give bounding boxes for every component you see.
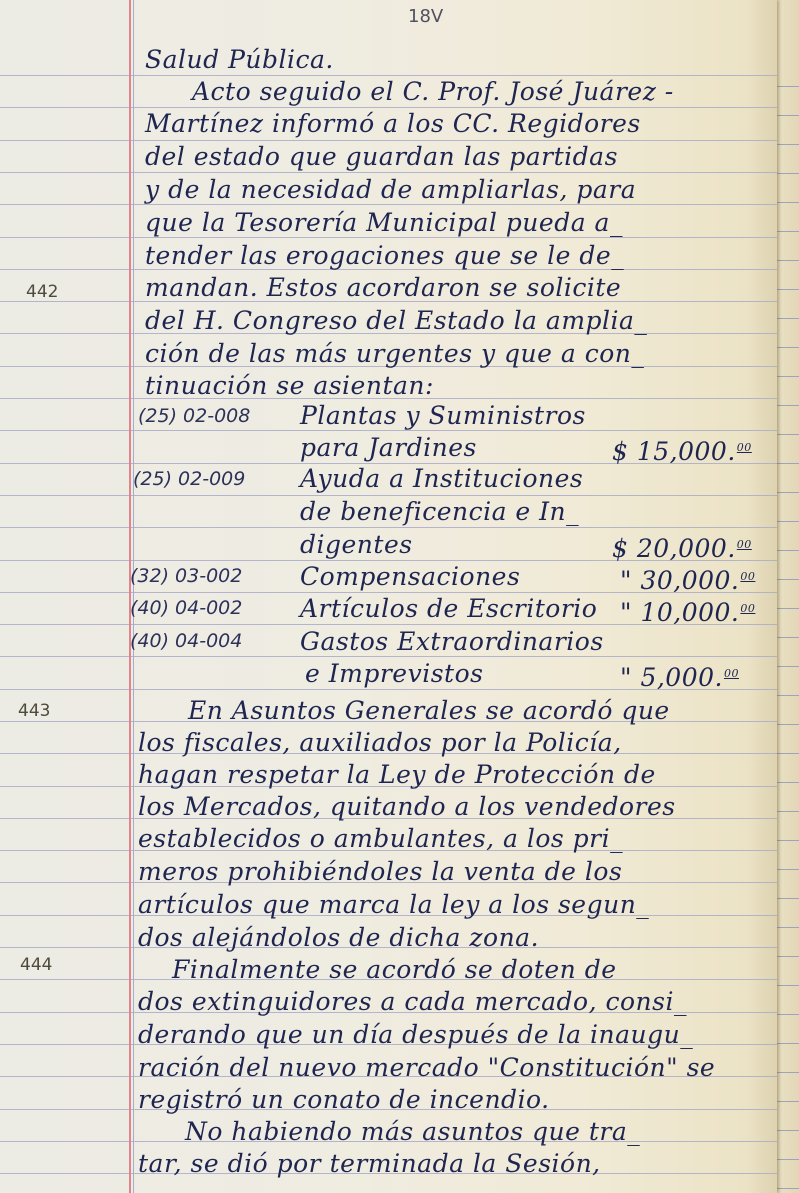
paragraph-1-line: mandan. Estos acordaron se solicite xyxy=(145,272,621,304)
budget-item-description: Gastos Extraordinarios xyxy=(300,626,604,658)
paragraph-3-line: dos extinguidores a cada mercado, consi_ xyxy=(138,986,687,1018)
paragraph-2-line: meros prohibiéndoles la venta de los xyxy=(138,856,622,888)
paragraph-4-line: tar, se dió por terminada la Sesión, xyxy=(138,1148,601,1180)
budget-item-description: Ayuda a Instituciones xyxy=(300,463,583,495)
paragraph-4-line: No habiendo más asuntos que tra_ xyxy=(185,1116,640,1148)
budget-item-description: Plantas y Suministros xyxy=(300,400,586,432)
margin-number-443: 443 xyxy=(18,701,50,721)
paragraph-1-line: que la Tesorería Municipal pueda a_ xyxy=(145,207,623,239)
margin-number-444: 444 xyxy=(20,955,52,975)
paragraph-1-line: y de la necesidad de ampliarlas, para xyxy=(145,174,636,206)
budget-item-amount: " 5,000.00 xyxy=(620,658,739,694)
paragraph-3-line: ración del nuevo mercado "Constitución" … xyxy=(138,1052,715,1084)
paragraph-1-line: del estado que guardan las partidas xyxy=(145,141,618,173)
budget-item-description: de beneficencia e In_ xyxy=(300,496,579,528)
budget-item-description: e Imprevistos xyxy=(305,658,483,690)
budget-item-description: Artículos de Escritorio xyxy=(300,593,597,625)
paragraph-3-line: registró un conato de incendio. xyxy=(138,1084,550,1116)
paragraph-3-line: derando que un día después de la inaugu_ xyxy=(138,1019,693,1051)
budget-item-description: digentes xyxy=(300,529,413,561)
paragraph-2-line: los Mercados, quitando a los vendedores xyxy=(138,791,676,823)
paragraph-1-line: tender las erogaciones que se le de_ xyxy=(145,240,624,272)
budget-item-amount: $ 20,000.00 xyxy=(612,529,752,565)
paragraph-1-line: del H. Congreso del Estado la amplia_ xyxy=(145,305,647,337)
paragraph-2-line: hagan respetar la Ley de Protección de xyxy=(138,759,656,791)
paragraph-2-line: En Asuntos Generales se acordó que xyxy=(188,695,670,727)
budget-item-amount: $ 15,000.00 xyxy=(612,432,752,468)
section-heading: Salud Pública. xyxy=(145,44,334,76)
paragraph-2-line: artículos que marca la ley a los segun_ xyxy=(138,889,649,921)
budget-item-code: (25) 02-008 xyxy=(138,405,250,427)
budget-item-code: (40) 04-002 xyxy=(130,597,242,619)
budget-item-code: (25) 02-009 xyxy=(133,468,245,490)
budget-item-description: para Jardines xyxy=(300,432,477,464)
margin-number-442: 442 xyxy=(26,282,58,302)
paragraph-1-line: Acto seguido el C. Prof. José Juárez - xyxy=(192,76,674,108)
paragraph-2-line: establecidos o ambulantes, a los pri_ xyxy=(138,823,623,855)
budget-item-description: Compensaciones xyxy=(300,561,520,593)
budget-item-amount: " 10,000.00 xyxy=(620,593,755,629)
budget-item-amount: " 30,000.00 xyxy=(620,561,755,597)
folio-number: 18V xyxy=(408,6,443,27)
paragraph-2-line: dos alejándolos de dicha zona. xyxy=(138,922,539,954)
paragraph-1-line: ción de las más urgentes y que a con_ xyxy=(145,338,644,370)
notebook-page: 18V 442 443 444 Salud Pública. Acto segu… xyxy=(0,0,777,1193)
paragraph-3-line: Finalmente se acordó se doten de xyxy=(172,954,617,986)
paragraph-1-line: tinuación se asientan: xyxy=(145,370,434,402)
paragraph-1-line: Martínez informó a los CC. Regidores xyxy=(145,108,641,140)
paragraph-2-line: los fiscales, auxiliados por la Policía, xyxy=(138,727,622,759)
budget-item-code: (40) 04-004 xyxy=(130,630,242,652)
budget-item-code: (32) 03-002 xyxy=(130,565,242,587)
